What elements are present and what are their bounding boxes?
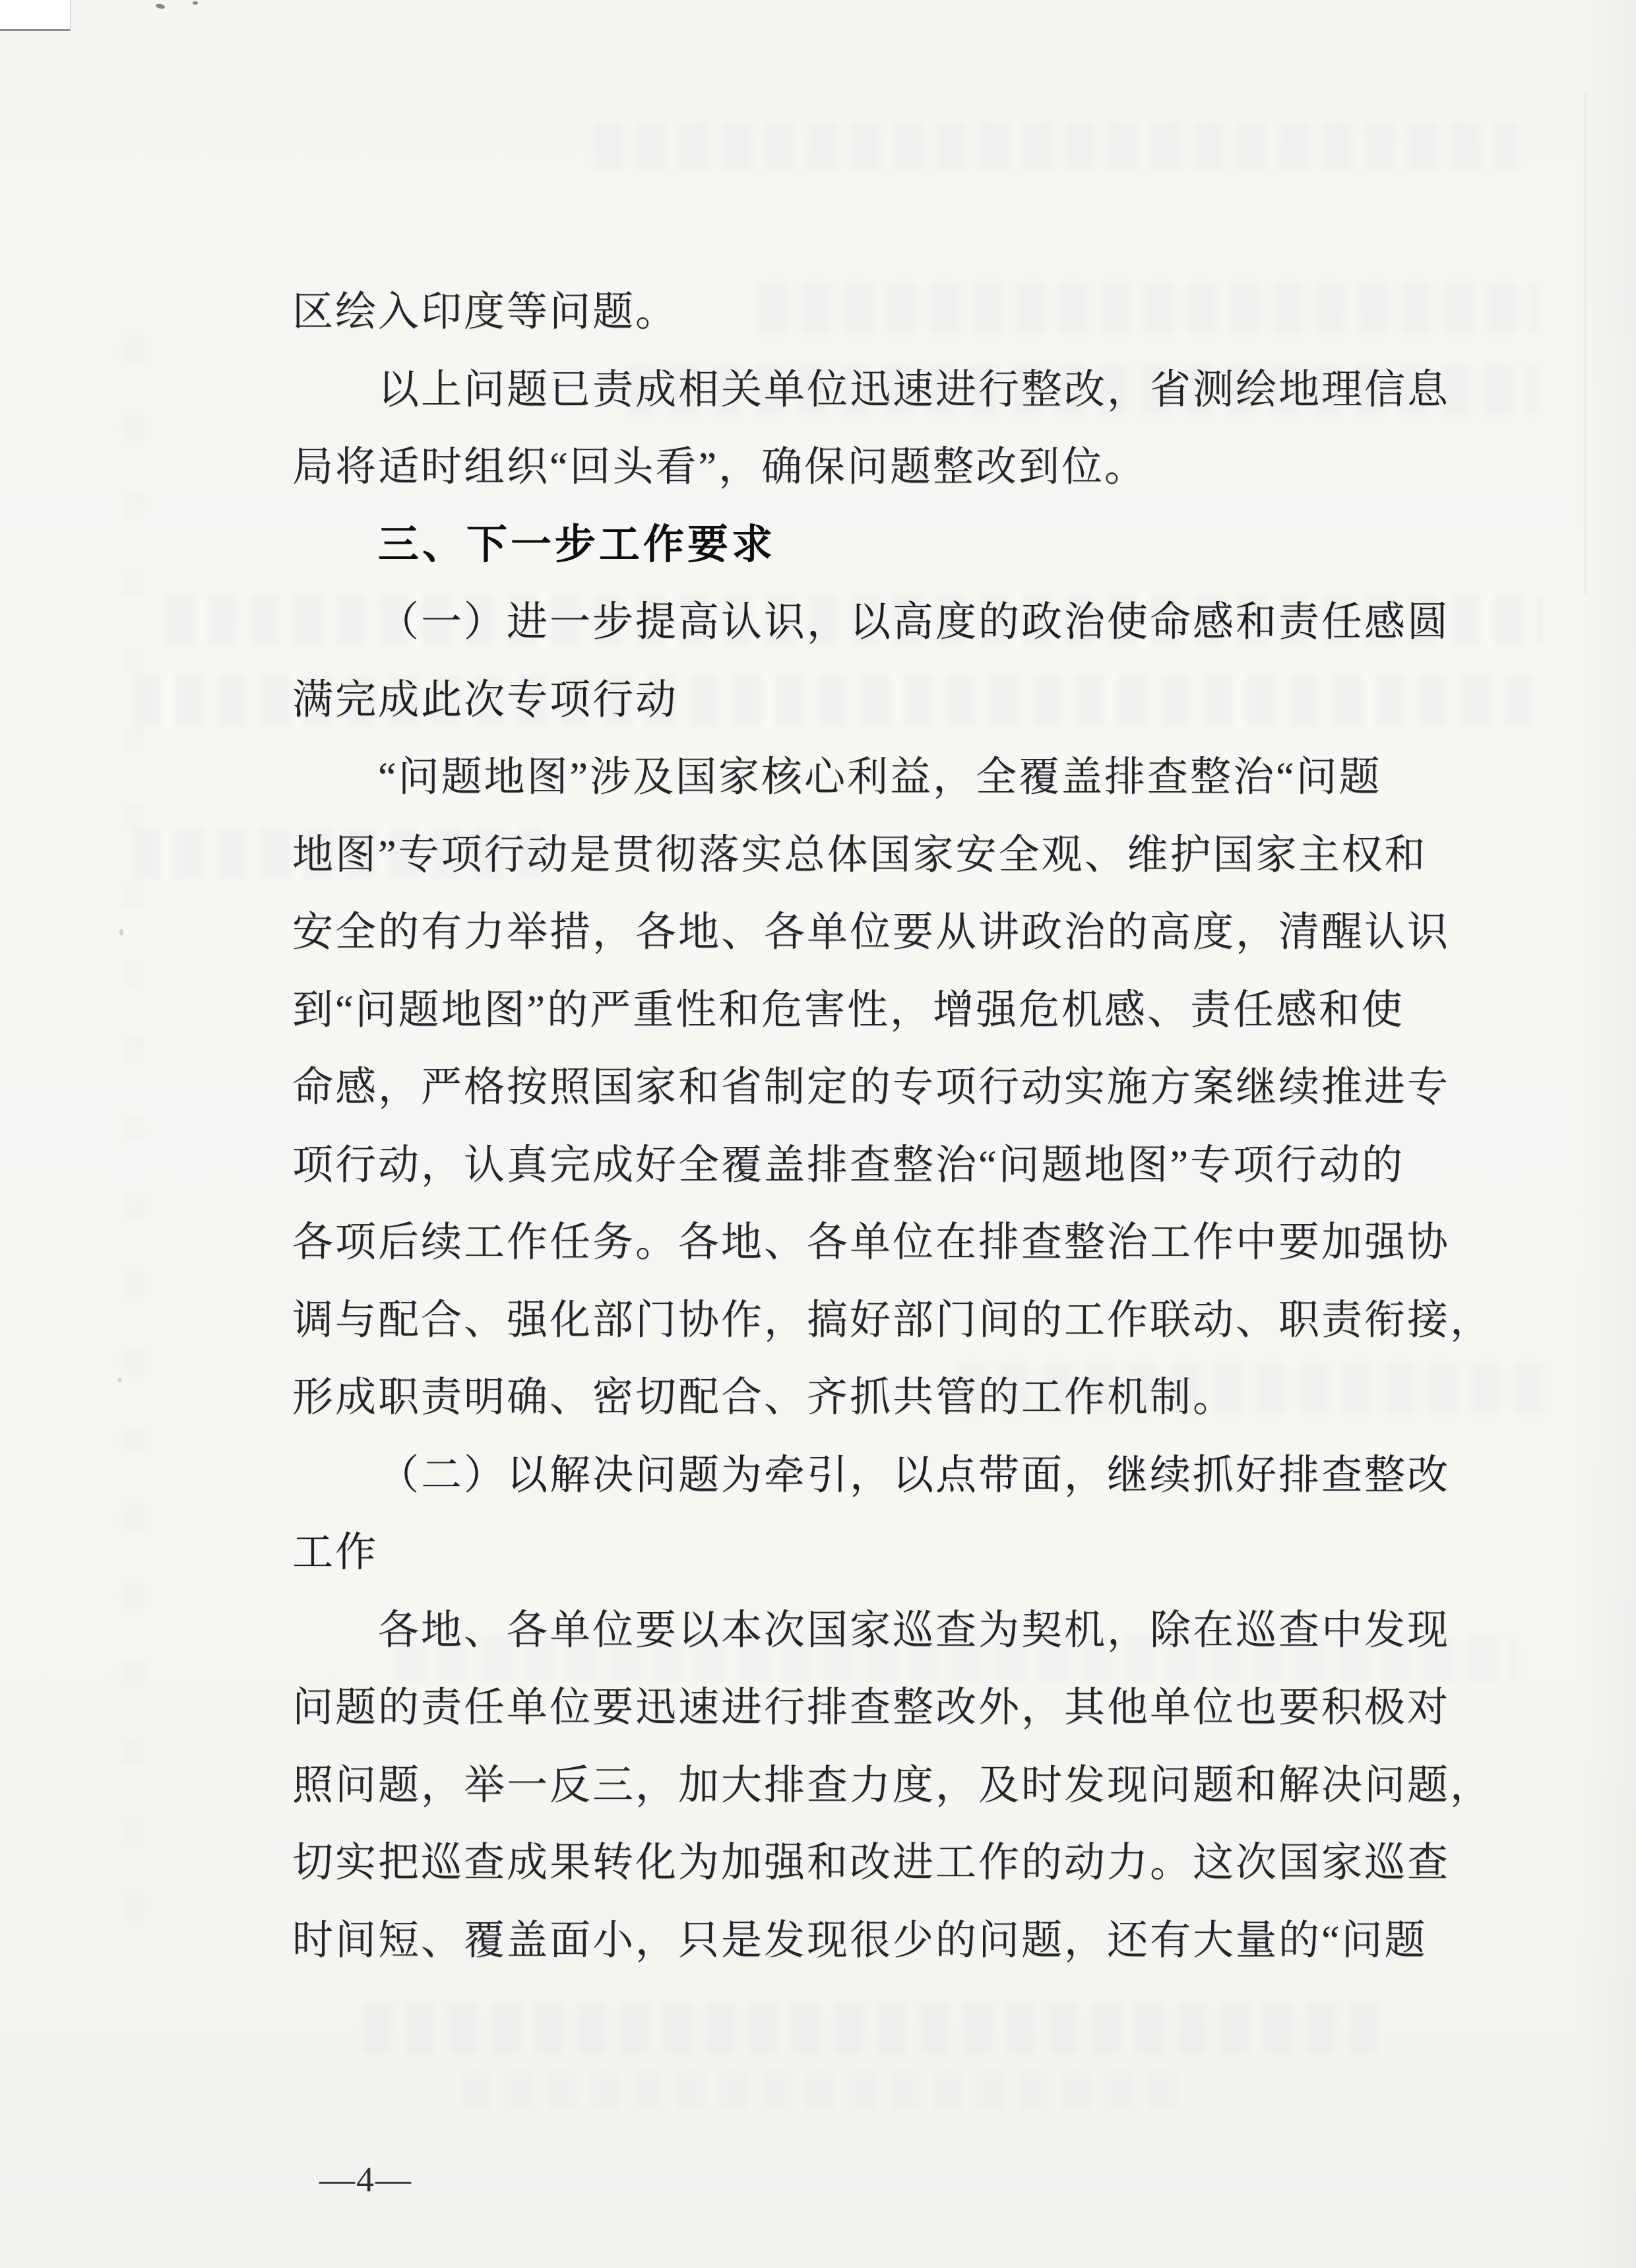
subsection-heading: （一）进一步提高认识，以高度的政治使命感和责任感圆 (292, 579, 1493, 657)
scanned-document-page: 区绘入印度等问题。 以上问题已责成相关单位迅速进行整改，省测绘地理信息 局将适时… (0, 0, 1636, 2268)
text-line: 安全的有力举措，各地、各单位要从讲政治的高度，清醒认识 (292, 890, 1493, 967)
subsection-heading: 工作 (292, 1510, 1493, 1588)
page-number: —4— (319, 2159, 412, 2200)
ink-bleed-through (363, 2003, 1392, 2054)
text-line: 问题的责任单位要迅速进行排查整改外，其他单位也要积极对 (292, 1665, 1493, 1743)
text-line: 各地、各单位要以本次国家巡查为契机，除在巡查中发现 (292, 1588, 1493, 1666)
ink-bleed-through (462, 2071, 1187, 2110)
text-line: 到“问题地图”的严重性和危害性，增强危机感、责任感和使 (292, 967, 1493, 1045)
document-body: 区绘入印度等问题。 以上问题已责成相关单位迅速进行整改，省测绘地理信息 局将适时… (292, 269, 1493, 1975)
text-line: 命感，严格按照国家和省制定的专项行动实施方案继续推进专 (292, 1045, 1493, 1122)
subsection-heading: （二）以解决问题为牵引，以点带面，继续抓好排查整改 (292, 1433, 1493, 1510)
text-line: 时间短、覆盖面小，只是发现很少的问题，还有大量的“问题 (292, 1898, 1493, 1976)
ink-bleed-through (122, 304, 144, 1920)
text-line: 以上问题已责成相关单位迅速进行整改，省测绘地理信息 (292, 347, 1493, 425)
ink-bleed-through (594, 122, 1517, 170)
text-line: 地图”专项行动是贯彻落实总体国家安全观、维护国家主权和 (292, 812, 1493, 890)
section-heading: 三、下一步工作要求 (292, 502, 1493, 580)
text-line: 切实把巡查成果转化为加强和改进工作的动力。这次国家巡查 (292, 1820, 1493, 1898)
scan-speck (155, 3, 165, 10)
text-line: 调与配合、强化部门协作，搞好部门间的工作联动、职责衔接， (292, 1278, 1493, 1355)
text-line: “问题地图”涉及国家核心利益，全覆盖排查整治“问题 (292, 734, 1493, 812)
text-line: 项行动，认真完成好全覆盖排查整治“问题地图”专项行动的 (292, 1122, 1493, 1200)
text-line: 各项后续工作任务。各地、各单位在排查整治工作中要加强协 (292, 1200, 1493, 1278)
text-line: 形成职责明确、密切配合、齐抓共管的工作机制。 (292, 1355, 1493, 1433)
subsection-heading: 满完成此次专项行动 (292, 657, 1493, 735)
scan-speck (117, 1378, 122, 1382)
text-line: 照问题，举一反三，加大排查力度，及时发现问题和解决问题， (292, 1743, 1493, 1821)
paper-fold-line (1585, 92, 1587, 594)
scan-corner-artifact (0, 0, 71, 31)
scan-speck (193, 1, 198, 5)
text-line: 区绘入印度等问题。 (292, 269, 1493, 347)
text-line: 局将适时组织“回头看”，确保问题整改到位。 (292, 424, 1493, 502)
